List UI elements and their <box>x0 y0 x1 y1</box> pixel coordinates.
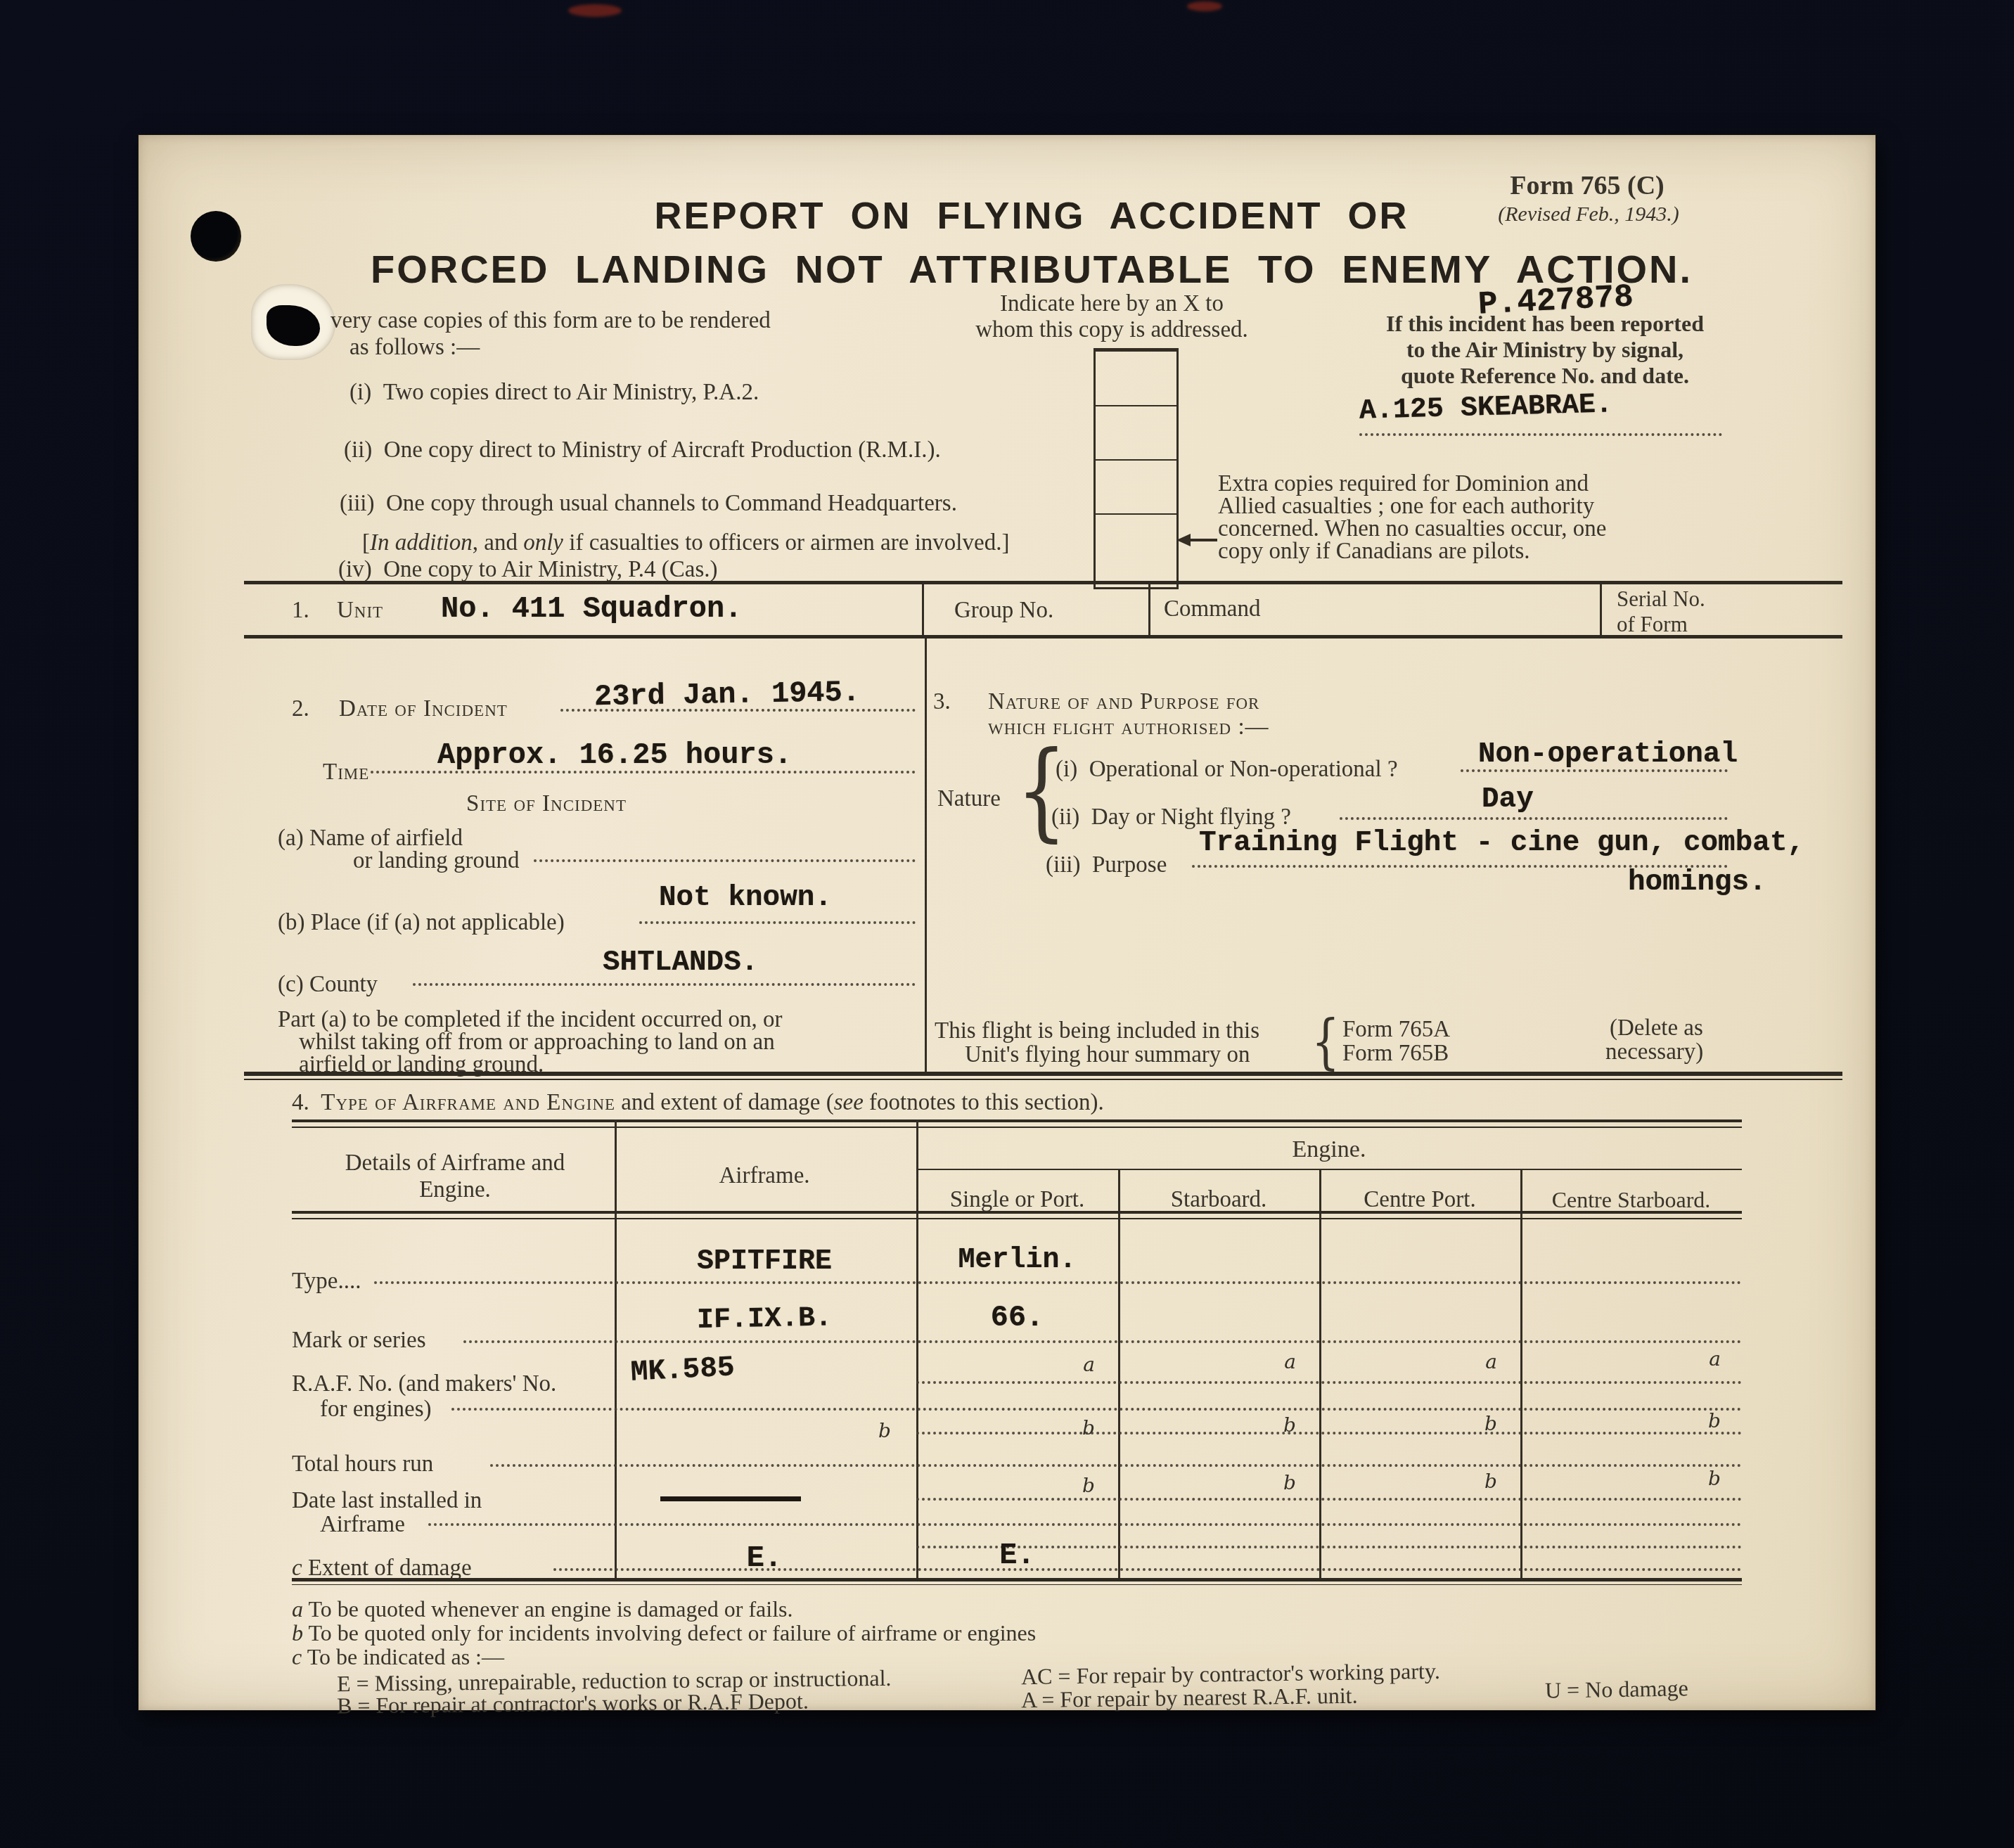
extra-copies-note: Extra copies required for Dominion and A… <box>1218 473 1606 563</box>
mark-airframe-value: IF.IX.B. <box>624 1302 906 1338</box>
engine-col-header-starboard: Starboard. <box>1118 1187 1319 1213</box>
raf-row-dotted <box>451 1408 1742 1411</box>
table-vline-4 <box>1319 1170 1321 1578</box>
distribution-item-iii: (iii) One copy through usual channels to… <box>340 491 957 517</box>
type-airframe-value: SPITFIRE <box>624 1246 905 1278</box>
raf-lower-engine-dotted <box>916 1432 1742 1435</box>
section1-top-rule <box>244 581 1842 584</box>
arrow-left-icon <box>1176 533 1219 547</box>
time-value: Approx. 16.25 hours. <box>437 738 792 772</box>
day-night-value: Day <box>1482 783 1534 816</box>
copies-intro-line2: as follows :— <box>349 335 480 361</box>
form-765c-paper: Form 765 (C) (Revised Feb., 1943.) REPOR… <box>139 135 1875 1710</box>
place-value: Not known. <box>659 882 832 914</box>
serial-no-label2: of Form <box>1617 612 1688 637</box>
site-of-incident-heading: Site of Incident <box>371 791 722 817</box>
footnote-marker-a: a <box>1275 1350 1296 1373</box>
table-header-bottom-rule <box>292 1211 1742 1214</box>
details-header-line2: Engine. <box>300 1177 610 1203</box>
copy-address-checkbox <box>1093 348 1179 589</box>
red-smudge-mark <box>1187 1 1222 11</box>
type-engine-value: Merlin. <box>916 1245 1118 1276</box>
footnote-b: b To be quoted only for incidents involv… <box>292 1620 1036 1646</box>
distribution-item-iv: (iv) One copy to Air Ministry, P.4 (Cas.… <box>338 557 718 583</box>
section2-3-divider <box>925 639 927 1073</box>
section2-number: 2. <box>292 696 309 722</box>
flight-summary-line2: Unit's flying hour summary on <box>965 1042 1250 1068</box>
red-smudge-mark <box>568 4 622 17</box>
footnote-marker-b: b <box>1275 1471 1296 1494</box>
engine-group-header: Engine. <box>916 1136 1742 1163</box>
serial-no-label: Serial No. <box>1617 586 1705 612</box>
installed-row-dotted <box>428 1523 1742 1526</box>
day-night-dotted-line <box>1340 817 1728 820</box>
purpose-value-line1: Training Flight - cine gun, combat, <box>1199 827 1804 859</box>
mark-row-dotted <box>463 1340 1742 1343</box>
section4-top-rule-echo <box>244 1079 1842 1080</box>
time-label: Time <box>323 759 369 785</box>
footnote-marker-b: b <box>1700 1409 1721 1432</box>
hours-row-label: Total hours run <box>292 1451 433 1477</box>
footnote-a: a To be quoted whenever an engine is dam… <box>292 1596 793 1622</box>
operational-value: Non-operational <box>1478 738 1738 771</box>
footnote-marker-a: a <box>1476 1350 1497 1373</box>
operational-question: (i) Operational or Non-operational ? <box>1056 757 1398 783</box>
place-label: (b) Place (if (a) not applicable) <box>278 910 565 936</box>
mark-row-label: Mark or series <box>292 1328 426 1354</box>
footnote-marker-b: b <box>1700 1467 1721 1490</box>
footnote-c: c To be indicated as :— <box>292 1644 504 1670</box>
nature-label: Nature <box>937 786 1001 812</box>
footnote-def-u: U = No damage <box>1545 1675 1688 1704</box>
airfield-name-label2: or landing ground <box>353 848 519 874</box>
section4-title: 4. Type of Airframe and Engine and exten… <box>292 1090 1104 1116</box>
footnote-marker-a: a <box>1074 1353 1095 1376</box>
section1-bottom-rule <box>244 635 1842 639</box>
form-765b-label: Form 765B <box>1342 1041 1449 1067</box>
county-value: SHTLANDS. <box>603 947 758 979</box>
page-title-line1: REPORT ON FLYING ACCIDENT OR <box>420 194 1643 238</box>
reference-dotted-line <box>1359 433 1722 436</box>
section1-divider <box>1148 584 1150 635</box>
mark-engine-value: 66. <box>916 1301 1118 1335</box>
form-765a-label: Form 765A <box>1342 1017 1450 1043</box>
casualty-note: [In addition, and only if casualties to … <box>362 530 1009 556</box>
type-row-dotted <box>374 1281 1742 1284</box>
raf-upper-engine-dotted <box>916 1381 1742 1384</box>
delete-as-necessary-line1: (Delete as <box>1610 1015 1703 1041</box>
raf-no-row-label2: for engines) <box>320 1397 432 1423</box>
footnote-marker-b: b <box>870 1419 891 1442</box>
copies-intro-line1: very case copies of this form are to be … <box>331 308 771 334</box>
time-dotted-line <box>371 771 916 774</box>
hole-punch <box>191 211 241 262</box>
table-top-rule <box>292 1119 1742 1122</box>
county-dotted-line <box>413 983 916 986</box>
footnote-marker-a: a <box>1700 1347 1721 1371</box>
table-header-bottom-rule-echo <box>292 1218 1742 1219</box>
type-row-label: Type.... <box>292 1269 361 1295</box>
table-vline-3 <box>1118 1170 1120 1578</box>
unit-label: Unit <box>337 598 383 624</box>
engine-col-header-centre-starboard: Centre Starboard. <box>1520 1187 1742 1213</box>
hours-row-dotted <box>490 1464 1742 1467</box>
reference-value: A.125 SKEABRAE. <box>1359 389 1612 427</box>
damage-engine-value: E. <box>916 1539 1118 1572</box>
footnote-def-b: B = For repair at contractor's works or … <box>337 1688 809 1719</box>
footnote-marker-b: b <box>1074 1416 1095 1439</box>
airfield-dotted-line <box>534 859 916 862</box>
table-top-rule-echo <box>292 1127 1742 1128</box>
footnote-marker-b: b <box>1476 1470 1497 1493</box>
operational-dotted-line <box>1461 769 1728 772</box>
purpose-value-line2: homings. <box>1628 866 1766 899</box>
distribution-item-i: (i) Two copies direct to Air Ministry, P… <box>349 380 759 406</box>
damage-row-dotted <box>553 1568 1742 1571</box>
section4-top-rule <box>244 1072 1842 1076</box>
unit-value: No. 411 Squadron. <box>441 592 742 626</box>
date-dotted-line <box>560 709 916 712</box>
table-bottom-rule <box>292 1578 1742 1581</box>
distribution-item-ii: (ii) One copy direct to Ministry of Airc… <box>344 437 941 463</box>
table-vline-5 <box>1520 1170 1522 1578</box>
group-no-label: Group No. <box>954 598 1053 624</box>
purpose-label: (iii) Purpose <box>1046 852 1167 878</box>
installed-engine-dotted <box>916 1498 1742 1501</box>
installed-airframe-dash <box>660 1496 801 1501</box>
footnote-marker-b: b <box>1074 1474 1095 1497</box>
scanned-document-photo: Form 765 (C) (Revised Feb., 1943.) REPOR… <box>0 0 2014 1848</box>
indicate-instruction: Indicate here by an X to whom this copy … <box>936 291 1288 343</box>
reported-instruction: If this incident has been reported to th… <box>1348 311 1742 389</box>
engine-group-underline <box>916 1169 1742 1170</box>
table-vline-1 <box>615 1119 617 1578</box>
details-header-line1: Details of Airframe and <box>300 1150 610 1176</box>
section3-number: 3. <box>933 689 951 715</box>
footnote-def-a: A = For repair by nearest R.A.F. unit. <box>1021 1683 1358 1714</box>
raf-no-row-label1: R.A.F. No. (and makers' No. <box>292 1371 556 1397</box>
table-bottom-rule-echo <box>292 1584 1742 1585</box>
section1-divider <box>922 584 924 635</box>
delete-as-necessary-line2: necessary) <box>1605 1039 1703 1065</box>
forms-brace: { <box>1311 1010 1340 1073</box>
airframe-header: Airframe. <box>624 1163 905 1189</box>
nature-purpose-heading1: Nature of and Purpose for <box>988 689 1259 715</box>
section1-divider <box>1600 584 1602 635</box>
section1-number: 1. <box>292 598 309 624</box>
engine-col-header-single-port: Single or Port. <box>916 1187 1118 1213</box>
date-of-incident-label: Date of Incident <box>339 696 508 722</box>
county-label: (c) County <box>278 972 378 998</box>
installed-row-label1: Date last installed in <box>292 1488 482 1514</box>
torn-hole <box>251 284 335 360</box>
raf-no-airframe-value: MK.585 <box>630 1352 736 1390</box>
installed-row-label2: Airframe <box>320 1512 405 1538</box>
place-dotted-line <box>639 921 916 924</box>
engine-col-header-centre-port: Centre Port. <box>1319 1187 1520 1213</box>
command-label: Command <box>1164 596 1261 622</box>
flight-summary-line1: This flight is being included in this <box>935 1018 1259 1044</box>
